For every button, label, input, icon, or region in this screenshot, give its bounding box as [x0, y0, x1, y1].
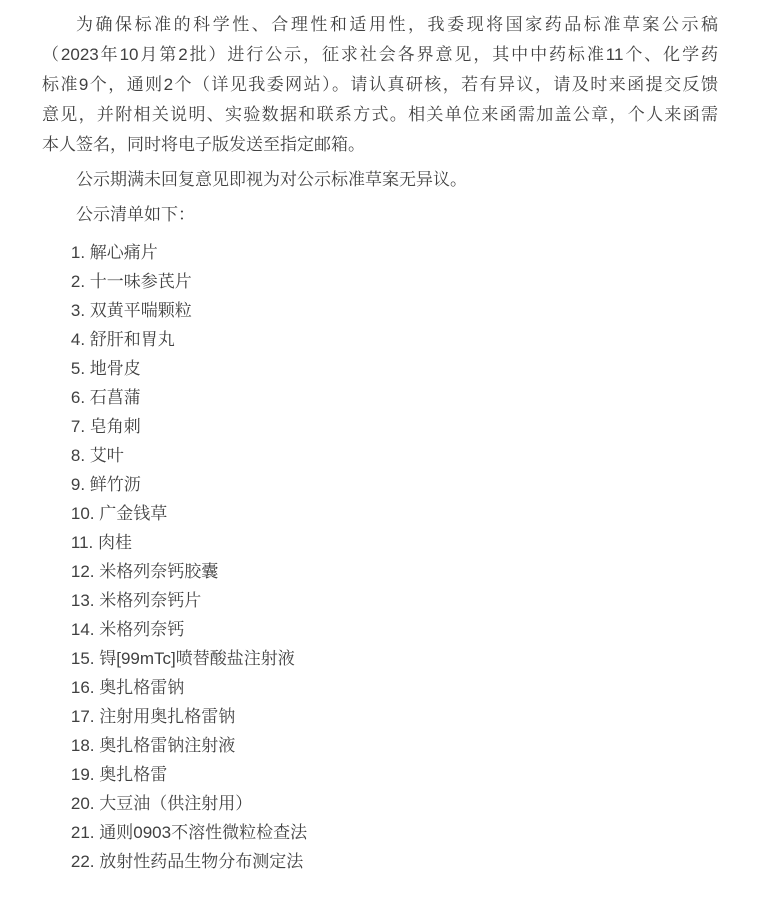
intro-paragraph: 为确保标准的科学性、合理性和适用性，我委现将国家药品标准草案公示稿 （2023年…	[42, 10, 718, 160]
list-item: 13. 米格列奈钙片	[42, 586, 718, 615]
list-item: 3. 双黄平喘颗粒	[42, 296, 718, 325]
list-item: 10. 广金钱草	[42, 499, 718, 528]
list-item: 9. 鲜竹沥	[42, 470, 718, 499]
list-item: 8. 艾叶	[42, 441, 718, 470]
list-item: 16. 奥扎格雷钠	[42, 673, 718, 702]
list-item: 12. 米格列奈钙胶囊	[42, 557, 718, 586]
list-item: 19. 奥扎格雷	[42, 760, 718, 789]
list-item: 5. 地骨皮	[42, 354, 718, 383]
intro-line-3: 标准9个，通则2个（详见我委网站）。请认真研核，若有异议，请及时来函提交反馈	[42, 70, 718, 100]
list-item: 14. 米格列奈钙	[42, 615, 718, 644]
list-item: 15. 锝[99mTc]喷替酸盐注射液	[42, 644, 718, 673]
list-item: 6. 石菖蒲	[42, 383, 718, 412]
list-item: 1. 解心痛片	[42, 238, 718, 267]
intro-line-5: 本人签名，同时将电子版发送至指定邮箱。	[42, 130, 718, 160]
list-item: 18. 奥扎格雷钠注射液	[42, 731, 718, 760]
notice-page: 为确保标准的科学性、合理性和适用性，我委现将国家药品标准草案公示稿 （2023年…	[0, 0, 758, 919]
intro-line-4: 意见，并附相关说明、实验数据和联系方式。相关单位来函需加盖公章，个人来函需	[42, 100, 718, 130]
no-objection-paragraph: 公示期满未回复意见即视为对公示标准草案无异议。	[42, 165, 718, 195]
list-item: 2. 十一味参芪片	[42, 267, 718, 296]
list-item: 11. 肉桂	[42, 528, 718, 557]
list-header-paragraph: 公示清单如下：	[42, 200, 718, 230]
list-item: 4. 舒肝和胃丸	[42, 325, 718, 354]
intro-line-2: （2023年10月第2批）进行公示，征求社会各界意见，其中中药标准11个、化学药	[42, 40, 718, 70]
intro-line-1: 为确保标准的科学性、合理性和适用性，我委现将国家药品标准草案公示稿	[42, 10, 718, 40]
list-item: 17. 注射用奥扎格雷钠	[42, 702, 718, 731]
public-notice-list: 1. 解心痛片2. 十一味参芪片3. 双黄平喘颗粒4. 舒肝和胃丸5. 地骨皮6…	[42, 238, 718, 876]
list-item: 7. 皂角刺	[42, 412, 718, 441]
list-item: 20. 大豆油（供注射用）	[42, 789, 718, 818]
list-item: 22. 放射性药品生物分布测定法	[42, 847, 718, 876]
list-item: 21. 通则0903不溶性微粒检查法	[42, 818, 718, 847]
